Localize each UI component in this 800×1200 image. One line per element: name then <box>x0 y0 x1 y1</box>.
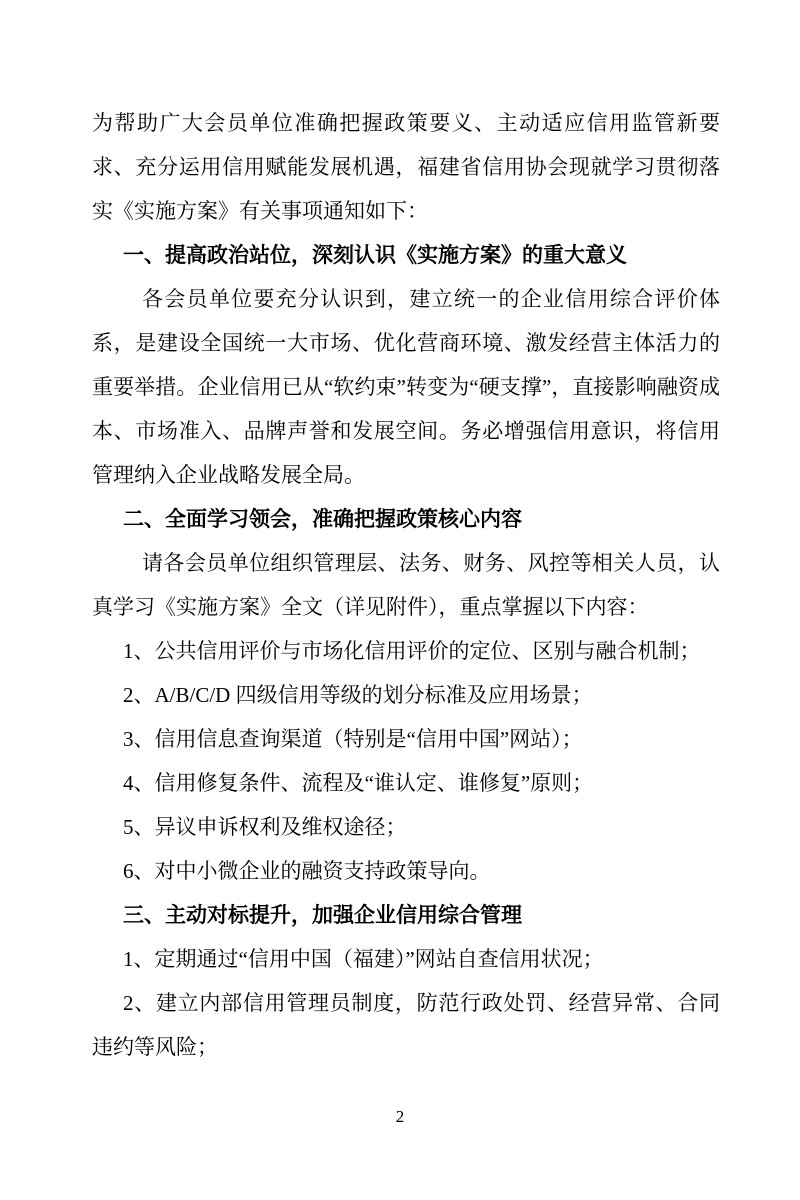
list-item: 1、定期通过“信用中国（福建）”网站自查信用状况； <box>92 937 720 981</box>
page-footer: 2 <box>0 1106 800 1128</box>
document-page: 为帮助广大会员单位准确把握政策要义、主动适应信用监管新要求、充分运用信用赋能发展… <box>0 0 800 1200</box>
list-item: 4、信用修复条件、流程及“谁认定、谁修复”原则； <box>92 761 720 805</box>
list-item: 6、对中小微企业的融资支持政策导向。 <box>92 849 720 893</box>
list-item: 5、异议申诉权利及维权途径； <box>92 805 720 849</box>
section-heading: 一、提高政治站位，深刻认识《实施方案》的重大意义 <box>92 233 720 277</box>
list-item: 2、A/B/C/D 四级信用等级的划分标准及应用场景； <box>92 673 720 717</box>
section-heading: 二、全面学习领会，准确把握政策核心内容 <box>92 497 720 541</box>
document-body: 为帮助广大会员单位准确把握政策要义、主动适应信用监管新要求、充分运用信用赋能发展… <box>92 101 720 1069</box>
section-heading: 三、主动对标提升，加强企业信用综合管理 <box>92 893 720 937</box>
body-paragraph: 为帮助广大会员单位准确把握政策要义、主动适应信用监管新要求、充分运用信用赋能发展… <box>92 101 720 233</box>
body-paragraph: 请各会员单位组织管理层、法务、财务、风控等相关人员，认真学习《实施方案》全文（详… <box>92 541 720 629</box>
list-item: 1、公共信用评价与市场化信用评价的定位、区别与融合机制； <box>92 629 720 673</box>
body-paragraph: 各会员单位要充分认识到，建立统一的企业信用综合评价体系，是建设全国统一大市场、优… <box>92 277 720 497</box>
page-number: 2 <box>396 1107 405 1126</box>
list-item: 2、建立内部信用管理员制度，防范行政处罚、经营异常、合同违约等风险； <box>92 981 720 1069</box>
list-item: 3、信用信息查询渠道（特别是“信用中国”网站）； <box>92 717 720 761</box>
